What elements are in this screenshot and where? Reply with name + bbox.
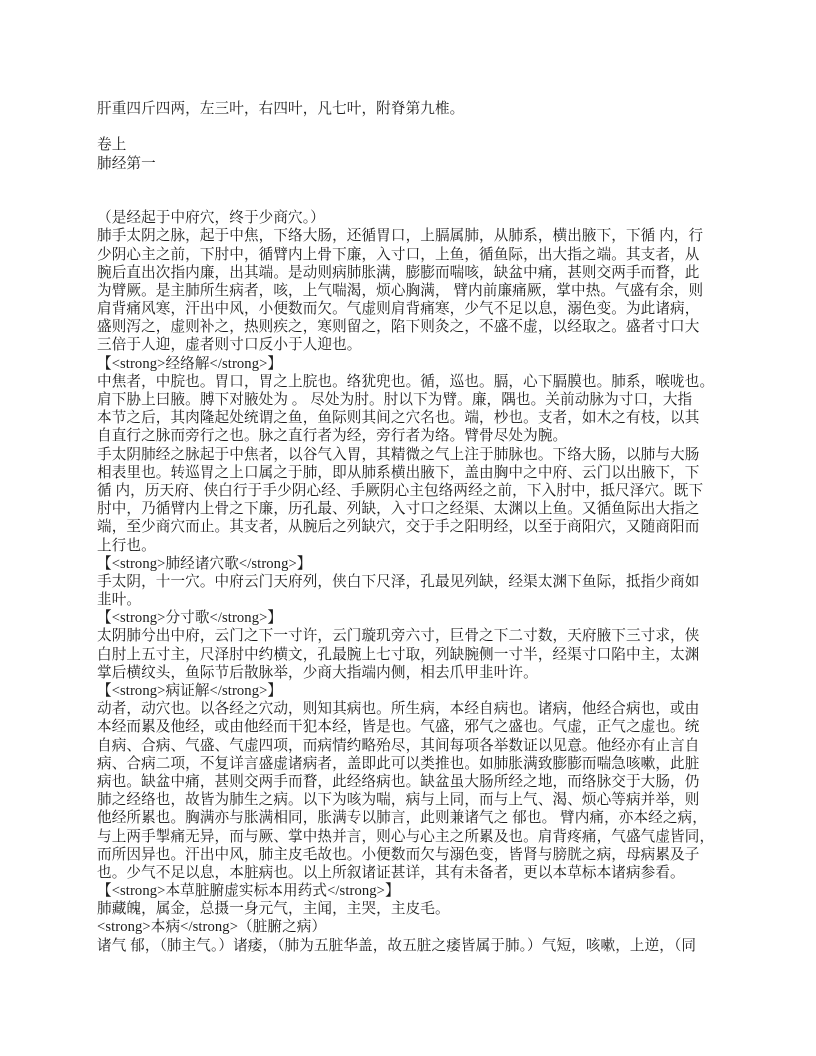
text-line: 【<strong>肺经诸穴歌</strong>】 — [97, 555, 728, 573]
text-line: 【<strong>分寸歌</strong>】 — [97, 609, 728, 627]
text-line: 而所因异也。汗出中风，肺主皮毛故也。小便数而欠与溺色变，皆肾与膀胱之病，母病累及… — [97, 846, 728, 864]
text-line: 肘中，乃循臂内上骨之下廉，历孔最、列缺，入寸口之经渠、太渊以上鱼。又循鱼际出大指… — [97, 500, 728, 518]
text-line: <strong>本病</strong>（脏腑之病） — [97, 918, 728, 936]
text-line: 肺之经络也，故皆为肺生之病。以下为咳为喘，病与上同，而与上气、渴、烦心等病并举，… — [97, 791, 728, 809]
text-line: 相表里也。转巡胃之上口属之于肺，即从肺系横出腋下，盖由胸中之中府、云门以出腋下，… — [97, 464, 728, 482]
text-line: 肩背痛风寒，汗出中风，小便数而欠。气虚则肩背痛寒，少气不足以息，溺色变。为此诸病… — [97, 300, 728, 318]
text-line — [97, 173, 728, 191]
text-line: 循 内，历天府、侠白行于手少阴心经、手厥阴心主包络两经之前，下入肘中，抵尺泽穴。… — [97, 482, 728, 500]
text-line: 白肘上五寸主，尺泽肘中约横文，孔最腕上七寸取，列缺腕侧一寸半，经渠寸口陷中主，太… — [97, 646, 728, 664]
text-line: 肺经第一 — [97, 155, 728, 173]
text-line: 太阴肺兮出中府，云门之下一寸许，云门璇玑旁六寸，巨骨之下二寸数，天府腋下三寸求，… — [97, 627, 728, 645]
text-line: 中焦者，中脘也。胃口，胃之上脘也。络犹兜也。循，巡也。膈，心下膈膜也。肺系，喉咙… — [97, 373, 728, 391]
document-text-block: 肝重四斤四两，左三叶，右四叶，凡七叶，附脊第九椎。 卷上肺经第一 （是经起于中府… — [97, 100, 728, 955]
text-line: 本经而累及他经，或由他经而干犯本经，皆是也。气盛，邪气之盛也。气虚，正气之虚也。… — [97, 718, 728, 736]
text-line: 【<strong>经络解</strong>】 — [97, 355, 728, 373]
text-line: 少阴心主之前，下肘中，循臂内上骨下廉，入寸口，上鱼，循鱼际，出大指之端。其支者，… — [97, 246, 728, 264]
text-line: 自病、合病、气盛、气虚四项，而病情约略殆尽，其间每项各举数证以见意。他经亦有止言… — [97, 737, 728, 755]
text-line: 为臂厥。是主肺所生病者，咳，上气喘渴，烦心胸满， 臂内前廉痛厥，掌中热。气盛有余… — [97, 282, 728, 300]
text-line: 自直行之脉而旁行之也。脉之直行者为经，旁行者为络。臂骨尽处为腕。 — [97, 427, 728, 445]
text-line: 掌后横纹头，鱼际节后散脉举，少商大指端内侧，相去爪甲韭叶许。 — [97, 664, 728, 682]
text-line: 病、合病二项，不复详言盛虚诸病者，盖即此可以类推也。如肺胀满致膨膨而喘急咳嗽，此… — [97, 755, 728, 773]
text-line: 上行也。 — [97, 537, 728, 555]
text-line: 手太阴，十一穴。中府云门天府列，侠白下尺泽，孔最见列缺，经渠太渊下鱼际，抵指少商… — [97, 573, 728, 591]
text-line: 肺藏魄，属金，总摄一身元气，主闻，主哭，主皮毛。 — [97, 900, 728, 918]
text-line: 韭叶。 — [97, 591, 728, 609]
text-line: 病也。缺盆中痛，甚则交两手而瞀，此经络病也。缺盆虽大肠所经之地，而络脉交于大肠，… — [97, 773, 728, 791]
text-line: 端，至少商穴而止。其支者，从腕后之列缺穴，交于手之阳明经，以至于商阳穴，又随商阳… — [97, 518, 728, 536]
text-line — [97, 118, 728, 136]
text-line: 手太阴肺经之脉起于中焦者，以谷气入胃，其精微之气上注于肺脉也。下络大肠，以肺与大… — [97, 446, 728, 464]
document-page: 肝重四斤四两，左三叶，右四叶，凡七叶，附脊第九椎。 卷上肺经第一 （是经起于中府… — [0, 0, 816, 1056]
text-line: 本节之后，其肉隆起处统谓之鱼，鱼际则其间之穴名也。端，杪也。支者，如木之有枝，以… — [97, 409, 728, 427]
text-line: 卷上 — [97, 136, 728, 154]
text-line: 盛则泻之，虚则补之，热则疾之，寒则留之，陷下则灸之，不盛不虚，以经取之。盛者寸口… — [97, 318, 728, 336]
text-line: 与上两手掣痛无异，而与厥、掌中热并言，则心与心主之所累及也。肩背疼痛，气盛气虚皆… — [97, 828, 728, 846]
text-line: 肺手太阴之脉，起于中焦，下络大肠，还循胃口，上膈属肺，从肺系，横出腋下，下循 内… — [97, 227, 728, 245]
text-line: 【<strong>本草脏腑虚实标本用药式</strong>】 — [97, 882, 728, 900]
text-line: 也。少气不足以息，本脏病也。以上所叙诸证甚详，其有未备者，更以本草标本诸病参看。 — [97, 864, 728, 882]
text-line: 腕后直出次指内廉，出其端。是动则病肺胀满，膨膨而喘咳，缺盆中痛，甚则交两手而瞀，… — [97, 264, 728, 282]
text-line: 【<strong>病证解</strong>】 — [97, 682, 728, 700]
text-line: 动者，动穴也。以各经之穴动，则知其病也。所生病，本经自病也。诸病，他经合病也，或… — [97, 700, 728, 718]
text-line: 三倍于人迎，虚者则寸口反小于人迎也。 — [97, 336, 728, 354]
text-line: 他经所累也。胸满亦与胀满相同，胀满专以肺言，此则兼诸气之 郁也。 臂内痛，亦本经… — [97, 809, 728, 827]
text-line: （是经起于中府穴，终于少商穴。） — [97, 209, 728, 227]
text-line — [97, 191, 728, 209]
text-line: 诸气 郁，（肺主气。）诸痿，（肺为五脏华盖，故五脏之痿皆属于肺。）气短，咳嗽，上… — [97, 937, 728, 955]
text-line: 肝重四斤四两，左三叶，右四叶，凡七叶，附脊第九椎。 — [97, 100, 728, 118]
text-line: 肩下胁上曰腋。膊下对腋处为 。 尽处为肘。肘以下为臂。廉，隅也。关前动脉为寸口，… — [97, 391, 728, 409]
